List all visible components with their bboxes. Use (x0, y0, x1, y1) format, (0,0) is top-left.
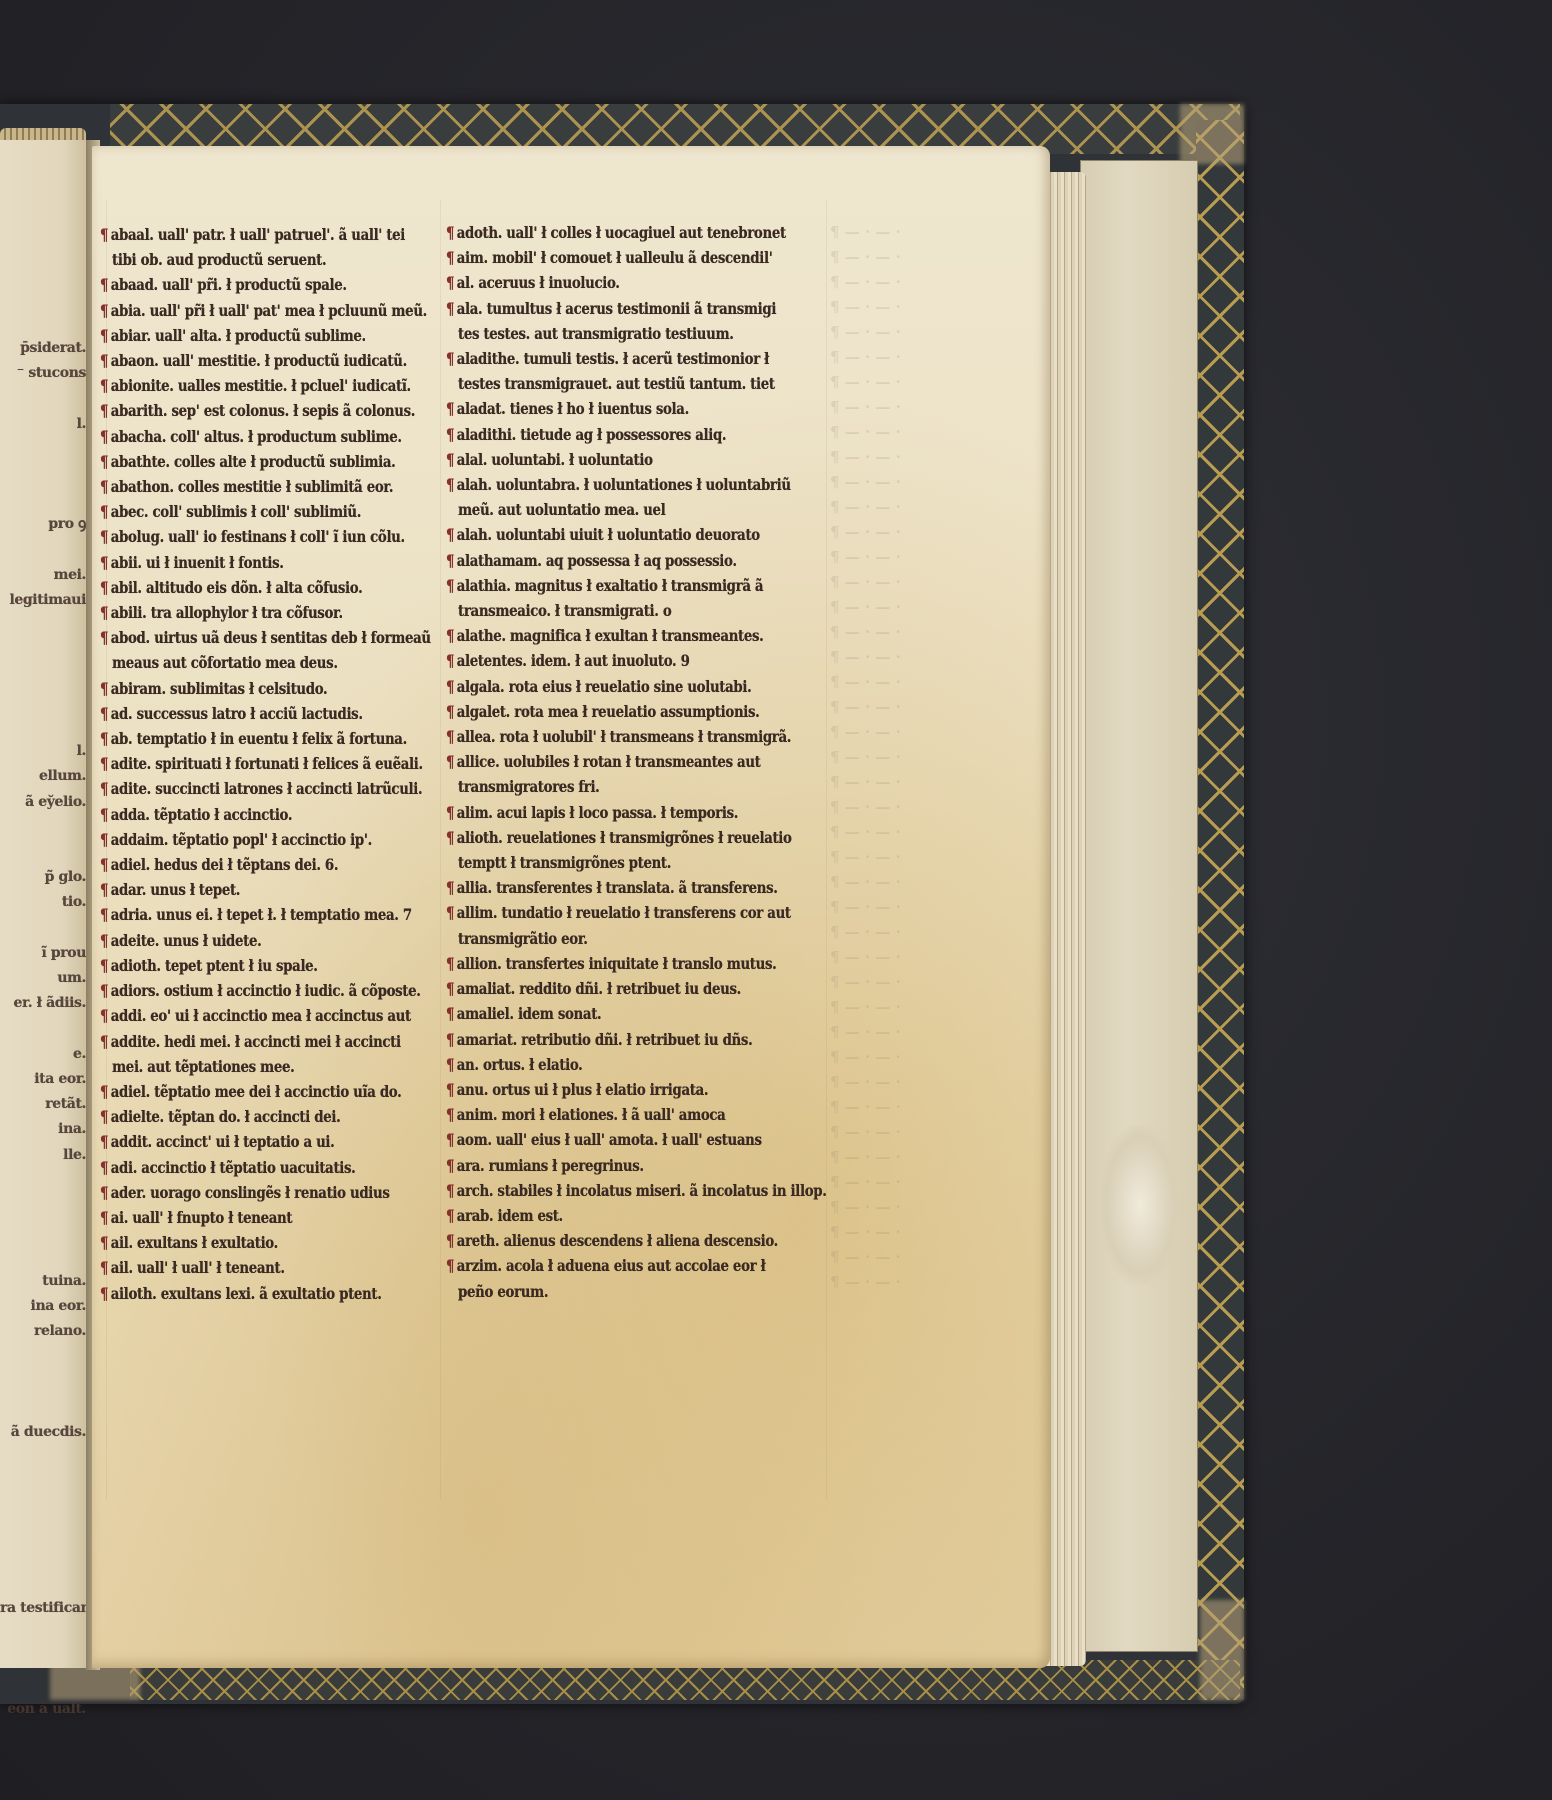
verso-line (0, 1344, 86, 1369)
entry-text: ader. uorago conslingẽs ł renatio udius (111, 1183, 390, 1202)
entry-text: anu. ortus ui ł plus ł elatio irrigata. (457, 1080, 708, 1099)
manuscript-line: ¶al. aceruus ł inuolucio. (446, 270, 773, 295)
entry-text: adielte. tẽptan do. ł accincti dei. (111, 1107, 341, 1126)
manuscript-line: ¶adda. tẽptatio ł accinctio. (100, 802, 392, 827)
show-through-line: ¶ — · — · (830, 945, 1030, 970)
show-through-line: ¶ — · — · (830, 420, 1030, 445)
paragraph-mark-icon: ¶ (446, 1030, 454, 1049)
show-through-line: ¶ — · — · (830, 870, 1030, 895)
show-through-line: ¶ — · — · (830, 770, 1030, 795)
entry-text: alioth. reuelationes ł transmigrõnes ł r… (457, 828, 792, 847)
paragraph-mark-icon: ¶ (100, 452, 108, 471)
verso-line: l. (0, 739, 86, 764)
show-through-line: ¶ — · — · (830, 345, 1030, 370)
entry-text: abia. uall' pr̃i ł uall' pat' mea ł pclu… (111, 301, 427, 320)
entry-text: abod. uirtus uã deus ł sentitas deb ł fo… (111, 628, 431, 647)
paragraph-mark-icon: ¶ (100, 981, 108, 1000)
paragraph-mark-icon: ¶ (100, 905, 108, 924)
manuscript-line: ¶aletentes. idem. ł aut inuoluto. 9 (446, 648, 773, 673)
manuscript-line: ¶alah. uoluntabi uiuit ł uoluntatio deuo… (446, 522, 773, 547)
worn-corner-bottom (1200, 1600, 1244, 1700)
manuscript-line: ¶abiar. uall' alta. ł productũ sublime. (100, 323, 392, 348)
manuscript-line: ¶aim. mobil' ł comouet ł ualleulu ã desc… (446, 245, 773, 270)
show-through-line: ¶ — · — · (830, 320, 1030, 345)
paragraph-mark-icon: ¶ (100, 931, 108, 950)
verso-line (0, 1470, 86, 1495)
verso-line: p̄siderat. (0, 336, 86, 361)
entry-text: aom. uall' eius ł uall' amota. ł uall' e… (457, 1130, 762, 1149)
entry-text: transmeaico. ł transmigrati. o (458, 601, 671, 620)
show-through-line: ¶ — · — · (830, 245, 1030, 270)
manuscript-line: ¶alim. acui lapis ł loco passa. ł tempor… (446, 800, 773, 825)
verso-line (0, 538, 86, 563)
manuscript-line: ¶abec. coll' sublimis ł coll' sublimiũ. (100, 499, 392, 524)
entry-text: abaal. uall' patr. ł uall' patruel'. ã u… (111, 225, 405, 244)
show-through-line: ¶ — · — · (830, 670, 1030, 695)
manuscript-line: ¶abionite. ualles mestitie. ł pcluel' iu… (100, 373, 392, 398)
paragraph-mark-icon: ¶ (446, 752, 454, 771)
entry-text: abathon. colles mestitie ł sublimitã eor… (111, 477, 393, 496)
verso-line: ellum. (0, 764, 86, 789)
show-through-line: ¶ — · — · (830, 520, 1030, 545)
manuscript-line: ¶aladat. tienes ł ho ł iuentus sola. (446, 396, 773, 421)
paragraph-mark-icon: ¶ (100, 351, 108, 370)
show-through-line: ¶ — · — · (830, 395, 1030, 420)
paragraph-mark-icon: ¶ (446, 1256, 454, 1275)
manuscript-line: ¶abathon. colles mestitie ł sublimitã eo… (100, 474, 392, 499)
paragraph-mark-icon: ¶ (446, 626, 454, 645)
show-through-line: ¶ — · — · (830, 1070, 1030, 1095)
verso-line (0, 1395, 86, 1420)
show-through-line: ¶ — · — · (830, 1220, 1030, 1245)
manuscript-line: ¶ader. uorago conslingẽs ł renatio udius (100, 1180, 392, 1205)
verso-line: tio. (0, 890, 86, 915)
show-through-line: ¶ — · — · (830, 270, 1030, 295)
entry-text: tes testes. aut transmigratio testiuum. (458, 324, 733, 343)
show-through-line: ¶ — · — · (830, 470, 1030, 495)
manuscript-line: ¶abil. altitudo eis dõn. ł alta cõfusio. (100, 575, 392, 600)
verso-line (0, 1495, 86, 1520)
entry-text: adeite. unus ł uidete. (111, 931, 262, 950)
entry-text: adoth. uall' ł colles ł uocagiuel aut te… (457, 223, 786, 242)
entry-text: amariat. retributio dñi. ł retribuet iu … (457, 1030, 753, 1049)
manuscript-line: ¶adiel. tẽptatio mee dei ł accinctio uĩa… (100, 1079, 392, 1104)
manuscript-line: ¶ara. rumians ł peregrinus. (446, 1153, 773, 1178)
manuscript-line: ¶ad. successus latro ł acciũ lactudis. (100, 701, 392, 726)
verso-line (0, 1168, 86, 1193)
verso-line: um. (0, 966, 86, 991)
manuscript-line: ¶ail. exultans ł exultatio. (100, 1230, 392, 1255)
verso-line: legitimaui (0, 588, 86, 613)
verso-line (0, 1571, 86, 1596)
manuscript-line: ¶aladithe. tumuli testis. ł acerũ testim… (446, 346, 773, 371)
entry-text: transmigratores fri. (458, 777, 599, 796)
manuscript-line: ¶adar. unus ł tepet. (100, 877, 392, 902)
entry-text: adar. unus ł tepet. (111, 880, 240, 899)
verso-line (0, 437, 86, 462)
worn-corner-top (1180, 104, 1244, 164)
manuscript-line: ¶areth. alienus descendens ł aliena desc… (446, 1228, 773, 1253)
manuscript-line: ¶abathte. colles alte ł productũ sublimi… (100, 449, 392, 474)
entry-text: addaim. tẽptatio popl' ł accinctio ip'. (111, 830, 372, 849)
paragraph-mark-icon: ¶ (446, 803, 454, 822)
paragraph-mark-icon: ¶ (446, 828, 454, 847)
manuscript-line: ¶abia. uall' pr̃i ł uall' pat' mea ł pcl… (100, 298, 392, 323)
entry-text: ail. exultans ł exultatio. (111, 1233, 278, 1252)
manuscript-line: ¶an. ortus. ł elatio. (446, 1052, 773, 1077)
show-through-line: ¶ — · — · (830, 820, 1030, 845)
verso-line (0, 1218, 86, 1243)
manuscript-line: ¶amaliat. reddito dñi. ł retribuet iu de… (446, 976, 773, 1001)
verso-line (0, 840, 86, 865)
entry-text: temptt ł transmigrõnes ptent. (458, 853, 671, 872)
verso-line: ra testifican (0, 1596, 86, 1621)
manuscript-line: tibi ob. aud productũ seruent. (100, 247, 392, 272)
entry-text: ai. uall' ł fnupto ł teneant (111, 1208, 293, 1227)
entry-text: alal. uoluntabi. ł uoluntatio (457, 450, 653, 469)
paragraph-mark-icon: ¶ (446, 677, 454, 696)
manuscript-line: meaus aut cõfortatio mea deus. (100, 650, 392, 675)
manuscript-line: ¶adoth. uall' ł colles ł uocagiuel aut t… (446, 220, 773, 245)
show-through-line: ¶ — · — · (830, 1095, 1030, 1120)
paragraph-mark-icon: ¶ (446, 702, 454, 721)
entry-text: abil. altitudo eis dõn. ł alta cõfusio. (111, 578, 363, 597)
manuscript-line: ¶aladithi. tietude ag ł possessores aliq… (446, 422, 773, 447)
manuscript-line: transmigrãtio eor. (446, 926, 773, 951)
paragraph-mark-icon: ¶ (446, 1004, 454, 1023)
manuscript-line: ¶allion. transfertes iniquitate ł transl… (446, 951, 773, 976)
paragraph-mark-icon: ¶ (446, 399, 454, 418)
paragraph-mark-icon: ¶ (100, 805, 108, 824)
entry-text: adioth. tepet ptent ł iu spale. (111, 956, 318, 975)
manuscript-line: ¶allia. transferentes ł translata. ã tra… (446, 875, 773, 900)
verso-line (0, 386, 86, 411)
entry-text: abaad. uall' pr̃i. ł productũ spale. (111, 275, 347, 294)
show-through-line: ¶ — · — · (830, 1145, 1030, 1170)
entry-text: alathamam. aq possessa ł aq possessio. (457, 551, 737, 570)
verso-line: e. (0, 1042, 86, 1067)
manuscript-line: ¶alah. uoluntabra. ł uoluntationes ł uol… (446, 472, 773, 497)
paragraph-mark-icon: ¶ (100, 502, 108, 521)
paragraph-mark-icon: ¶ (446, 299, 454, 318)
manuscript-line: ¶addit. accinct' ui ł teptatio a ui. (100, 1129, 392, 1154)
paragraph-mark-icon: ¶ (100, 679, 108, 698)
show-through-line: ¶ — · — · (830, 220, 1030, 245)
paragraph-mark-icon: ¶ (446, 1080, 454, 1099)
paragraph-mark-icon: ¶ (446, 1055, 454, 1074)
manuscript-line: ¶alathamam. aq possessa ł aq possessio. (446, 548, 773, 573)
paragraph-mark-icon: ¶ (446, 979, 454, 998)
verso-line (0, 638, 86, 663)
manuscript-line: ¶abod. uirtus uã deus ł sentitas deb ł f… (100, 625, 392, 650)
manuscript-line: ¶ail. uall' ł uall' ł teneant. (100, 1255, 392, 1280)
paragraph-mark-icon: ¶ (446, 248, 454, 267)
manuscript-line: mei. aut tẽptationes mee. (100, 1054, 392, 1079)
paragraph-mark-icon: ¶ (100, 855, 108, 874)
paragraph-mark-icon: ¶ (100, 477, 108, 496)
paragraph-mark-icon: ¶ (100, 779, 108, 798)
show-through-line: ¶ — · — · (830, 995, 1030, 1020)
entry-text: aladat. tienes ł ho ł iuentus sola. (457, 399, 689, 418)
manuscript-line: ¶arab. idem est. (446, 1203, 773, 1228)
manuscript-line: ¶addi. eo' ui ł accinctio mea ł accinctu… (100, 1003, 392, 1028)
manuscript-line: ¶allice. uolubiles ł rotan ł transmeante… (446, 749, 773, 774)
show-through-line: ¶ — · — · (830, 1170, 1030, 1195)
entry-text: algalet. rota mea ł reuelatio assumption… (457, 702, 760, 721)
manuscript-line: ¶ala. tumultus ł acerus testimonii ã tra… (446, 296, 773, 321)
manuscript-line: ¶addite. hedi mei. ł accincti mei ł acci… (100, 1029, 392, 1054)
entry-text: an. ortus. ł elatio. (457, 1055, 583, 1074)
paragraph-mark-icon: ¶ (100, 578, 108, 597)
verso-line (0, 1621, 86, 1646)
entry-text: adite. spirituati ł fortunati ł felices … (111, 754, 423, 773)
paragraph-mark-icon: ¶ (446, 727, 454, 746)
show-through-line: ¶ — · — · (830, 620, 1030, 645)
paragraph-mark-icon: ¶ (446, 903, 454, 922)
verso-line (0, 1672, 86, 1697)
verso-line: lle. (0, 1143, 86, 1168)
show-through-line: ¶ — · — · (830, 495, 1030, 520)
gilt-tooled-fore-edge (1196, 120, 1244, 1700)
manuscript-line: ¶abaad. uall' pr̃i. ł productũ spale. (100, 272, 392, 297)
show-through-line: ¶ — · — · (830, 595, 1030, 620)
verso-line (0, 916, 86, 941)
entry-text: abarith. sep' est colonus. ł sepis ã col… (111, 401, 415, 420)
paragraph-mark-icon: ¶ (446, 349, 454, 368)
paragraph-mark-icon: ¶ (100, 1208, 108, 1227)
manuscript-line: ¶ailoth. exultans lexi. ã exultatio pten… (100, 1281, 392, 1306)
entry-text: adiel. tẽptatio mee dei ł accinctio uĩa … (111, 1082, 402, 1101)
entry-text: ab. temptatio ł in euentu ł felix ã fort… (111, 729, 407, 748)
paragraph-mark-icon: ¶ (100, 1183, 108, 1202)
paragraph-mark-icon: ¶ (100, 553, 108, 572)
paragraph-mark-icon: ¶ (446, 425, 454, 444)
manuscript-line: ¶alal. uoluntabi. ł uoluntatio (446, 447, 773, 472)
paragraph-mark-icon: ¶ (446, 1181, 454, 1200)
show-through-line: ¶ — · — · (830, 1195, 1030, 1220)
show-through-line: ¶ — · — · (830, 795, 1030, 820)
ruling-line (440, 200, 441, 1500)
verso-line: ĩ prou (0, 941, 86, 966)
show-through-line: ¶ — · — · (830, 920, 1030, 945)
paragraph-mark-icon: ¶ (100, 1158, 108, 1177)
paragraph-mark-icon: ¶ (100, 628, 108, 647)
manuscript-line: ¶alathia. magnitus ł exaltatio ł transmi… (446, 573, 773, 598)
paragraph-mark-icon: ¶ (100, 1107, 108, 1126)
paragraph-mark-icon: ¶ (100, 1284, 108, 1303)
show-through-line: ¶ — · — · (830, 1045, 1030, 1070)
manuscript-line: ¶amariat. retributio dñi. ł retribuet iu… (446, 1027, 773, 1052)
manuscript-line: ¶algalet. rota mea ł reuelatio assumptio… (446, 699, 773, 724)
paragraph-mark-icon: ¶ (446, 1206, 454, 1225)
manuscript-line: ¶abiram. sublimitas ł celsitudo. (100, 676, 392, 701)
entry-text: anim. mori ł elationes. ł ã uall' amoca (457, 1105, 726, 1124)
manuscript-line: ¶abaon. uall' mestitie. ł productũ iudic… (100, 348, 392, 373)
paragraph-mark-icon: ¶ (100, 401, 108, 420)
manuscript-line: ¶amaliel. idem sonat. (446, 1001, 773, 1026)
pastedown-board-lining (1080, 160, 1198, 1652)
manuscript-line: ¶adiel. hedus dei ł tẽptans dei. 6. (100, 852, 392, 877)
verso-line (0, 815, 86, 840)
entry-text: addite. hedi mei. ł accincti mei ł accin… (111, 1032, 401, 1051)
entry-text: adda. tẽptatio ł accinctio. (111, 805, 292, 824)
verso-line (0, 1521, 86, 1546)
entry-text: allia. transferentes ł translata. ã tran… (457, 878, 778, 897)
verso-text-column: p̄siderat.⁻ stucons l. pro ꝯ mei.legitim… (0, 336, 86, 1722)
verso-line: ã duecdis. (0, 1420, 86, 1445)
show-through-line: ¶ — · — · (830, 445, 1030, 470)
paragraph-mark-icon: ¶ (100, 1006, 108, 1025)
entry-text: allea. rota ł uolubil' ł transmeans ł tr… (457, 727, 791, 746)
verso-line: tuina. (0, 1269, 86, 1294)
entry-text: adria. unus ei. ł tepet ł. ł temptatio m… (111, 905, 412, 924)
paragraph-mark-icon: ¶ (100, 1032, 108, 1051)
paragraph-mark-icon: ¶ (100, 1233, 108, 1252)
entry-text: peño eorum. (458, 1282, 548, 1301)
paragraph-mark-icon: ¶ (446, 223, 454, 242)
manuscript-line: ¶allea. rota ł uolubil' ł transmeans ł t… (446, 724, 773, 749)
manuscript-line: transmigratores fri. (446, 774, 773, 799)
entry-text: areth. alienus descendens ł aliena desce… (457, 1231, 778, 1250)
manuscript-line: ¶adiors. ostium ł accinctio ł iudic. ã c… (100, 978, 392, 1003)
paragraph-mark-icon: ¶ (446, 1105, 454, 1124)
paragraph-mark-icon: ¶ (446, 1156, 454, 1175)
verso-line: ina. (0, 1117, 86, 1142)
show-through-line: ¶ — · — · (830, 1245, 1030, 1270)
paragraph-mark-icon: ¶ (446, 475, 454, 494)
paragraph-mark-icon: ¶ (100, 1258, 108, 1277)
paragraph-mark-icon: ¶ (100, 427, 108, 446)
entry-text: testes transmigrauet. aut testiũ tantum.… (458, 374, 775, 393)
manuscript-line: temptt ł transmigrõnes ptent. (446, 850, 773, 875)
verso-line (0, 613, 86, 638)
paragraph-mark-icon: ¶ (446, 576, 454, 595)
manuscript-line: tes testes. aut transmigratio testiuum. (446, 321, 773, 346)
entry-text: aletentes. idem. ł aut inuoluto. 9 (457, 651, 690, 670)
entry-text: alathe. magnifica ł exultan ł transmeant… (457, 626, 764, 645)
ruling-line (826, 200, 827, 1500)
manuscript-line: ¶abii. ui ł inuenit ł fontis. (100, 550, 392, 575)
paragraph-mark-icon: ¶ (100, 956, 108, 975)
paragraph-mark-icon: ¶ (100, 301, 108, 320)
manuscript-line: ¶alioth. reuelationes ł transmigrõnes ł … (446, 825, 773, 850)
entry-text: ara. rumians ł peregrinus. (457, 1156, 644, 1175)
manuscript-line: ¶abolug. uall' io festinans ł coll' ĩ iu… (100, 524, 392, 549)
manuscript-line: ¶adi. accinctio ł tẽptatio uacuitatis. (100, 1155, 392, 1180)
paragraph-mark-icon: ¶ (446, 450, 454, 469)
manuscript-line: ¶adeite. unus ł uidete. (100, 928, 392, 953)
entry-text: arzim. acola ł aduena eius aut accolae e… (457, 1256, 766, 1275)
verso-line (0, 462, 86, 487)
verso-line (0, 714, 86, 739)
entry-text: adi. accinctio ł tẽptatio uacuitatis. (111, 1158, 356, 1177)
show-through-line: ¶ — · — · (830, 545, 1030, 570)
show-through-line: ¶ — · — · (830, 720, 1030, 745)
verso-line: ⁻ stucons (0, 361, 86, 386)
manuscript-line: ¶anim. mori ł elationes. ł ã uall' amoca (446, 1102, 773, 1127)
entry-text: abec. coll' sublimis ł coll' sublimiũ. (111, 502, 361, 521)
entry-text: adiors. ostium ł accinctio ł iudic. ã cõ… (111, 981, 421, 1000)
verso-line: relano. (0, 1319, 86, 1344)
show-through-line: ¶ — · — · (830, 370, 1030, 395)
paragraph-mark-icon: ¶ (446, 878, 454, 897)
show-through-line: ¶ — · — · (830, 1270, 1030, 1295)
paragraph-mark-icon: ¶ (100, 729, 108, 748)
manuscript-line: ¶algala. rota eius ł reuelatio sine uolu… (446, 674, 773, 699)
paragraph-mark-icon: ¶ (100, 1082, 108, 1101)
entry-text: amaliel. idem sonat. (457, 1004, 602, 1023)
parchment-damage-stain (1100, 1125, 1180, 1285)
entry-text: allice. uolubiles ł rotan ł transmeantes… (457, 752, 761, 771)
manuscript-line: ¶aom. uall' eius ł uall' amota. ł uall' … (446, 1127, 773, 1152)
verso-line: ina eor. (0, 1294, 86, 1319)
entry-text: meaus aut cõfortatio mea deus. (112, 653, 338, 672)
entry-text: adiel. hedus dei ł tẽptans dei. 6. (111, 855, 338, 874)
entry-text: allion. transfertes iniquitate ł translo… (457, 954, 777, 973)
show-through-line: ¶ — · — · (830, 695, 1030, 720)
entry-text: abiar. uall' alta. ł productũ sublime. (111, 326, 366, 345)
manuscript-line: meũ. aut uoluntatio mea. uel (446, 497, 773, 522)
entry-text: abionite. ualles mestitie. ł pcluel' iud… (111, 376, 411, 395)
paragraph-mark-icon: ¶ (100, 603, 108, 622)
paragraph-mark-icon: ¶ (100, 704, 108, 723)
verso-line (0, 1647, 86, 1672)
show-through-line: ¶ — · — · (830, 845, 1030, 870)
paragraph-mark-icon: ¶ (446, 273, 454, 292)
paragraph-mark-icon: ¶ (100, 527, 108, 546)
verso-page-fragment: p̄siderat.⁻ stucons l. pro ꝯ mei.legitim… (0, 140, 88, 1668)
entry-text: abolug. uall' io festinans ł coll' ĩ iun… (111, 527, 405, 546)
verso-line (0, 1016, 86, 1041)
paragraph-mark-icon: ¶ (100, 1132, 108, 1151)
manuscript-line: ¶arzim. acola ł aduena eius aut accolae … (446, 1253, 773, 1278)
show-through-line: ¶ — · — · (830, 745, 1030, 770)
paragraph-mark-icon: ¶ (446, 954, 454, 973)
show-through-line: ¶ — · — · (830, 570, 1030, 595)
entry-text: addi. eo' ui ł accinctio mea ł accinctus… (111, 1006, 411, 1025)
paragraph-mark-icon: ¶ (100, 275, 108, 294)
paragraph-mark-icon: ¶ (100, 326, 108, 345)
entry-text: abathte. colles alte ł productũ sublimia… (111, 452, 396, 471)
paragraph-mark-icon: ¶ (446, 651, 454, 670)
entry-text: abaon. uall' mestitie. ł productũ iudica… (111, 351, 407, 370)
manuscript-line: ¶abili. tra allophylor ł tra cõfusor. (100, 600, 392, 625)
entry-text: amaliat. reddito dñi. ł retribuet iu deu… (457, 979, 741, 998)
manuscript-line: ¶adite. succincti latrones ł accincti la… (100, 776, 392, 801)
verso-line: pro ꝯ (0, 512, 86, 537)
verso-line: ã ey̆elio. (0, 790, 86, 815)
verso-line (0, 664, 86, 689)
manuscript-line: ¶ab. temptatio ł in euentu ł felix ã for… (100, 726, 392, 751)
paragraph-mark-icon: ¶ (446, 1231, 454, 1250)
manuscript-line: ¶abarith. sep' est colonus. ł sepis ã co… (100, 398, 392, 423)
entry-text: algala. rota eius ł reuelatio sine uolut… (457, 677, 752, 696)
entry-text: alah. uoluntabra. ł uoluntationes ł uolu… (457, 475, 791, 494)
entry-text: abii. ui ł inuenit ł fontis. (111, 553, 284, 572)
verso-line (0, 1243, 86, 1268)
entry-text: alathia. magnitus ł exaltatio ł transmig… (457, 576, 764, 595)
verso-line (0, 1193, 86, 1218)
entry-text: abili. tra allophylor ł tra cõfusor. (111, 603, 343, 622)
entry-text: aladithe. tumuli testis. ł acerũ testimo… (457, 349, 769, 368)
show-through-line: ¶ — · — · (830, 1020, 1030, 1045)
manuscript-line: ¶alathe. magnifica ł exultan ł transmean… (446, 623, 773, 648)
verso-line (0, 1445, 86, 1470)
entry-text: meũ. aut uoluntatio mea. uel (458, 500, 665, 519)
paragraph-mark-icon: ¶ (100, 225, 108, 244)
verso-line: l. (0, 412, 86, 437)
entry-text: ad. successus latro ł acciũ lactudis. (111, 704, 363, 723)
